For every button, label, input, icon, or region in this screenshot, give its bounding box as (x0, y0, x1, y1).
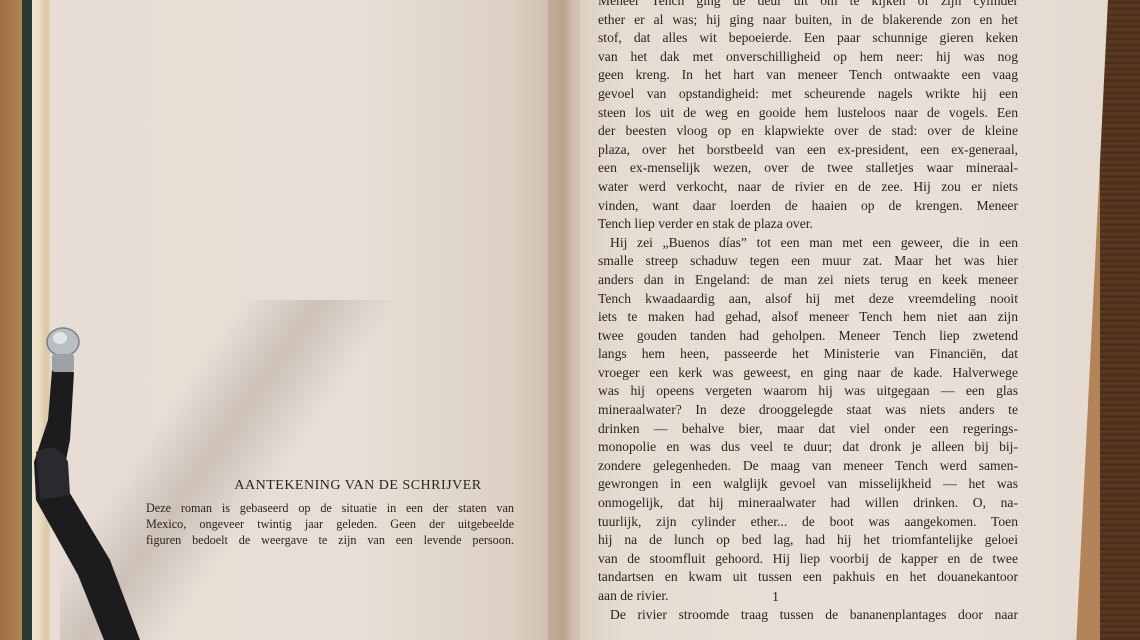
paragraph-start-line: De rivier stroomde traag tussen de banan… (598, 606, 1018, 625)
text-line: langs hem heen, passeerde het Ministerie… (598, 345, 1018, 364)
paragraph-start-line: Hij zei „Buenos días” tot een man met ee… (598, 234, 1018, 253)
text-line: Tench kwaadaardig aan, alsof hij met dez… (598, 290, 1018, 309)
text-line: gevoel van opstandigheid: met scheurende… (598, 85, 1018, 104)
note-line: Deze roman is gebaseerd op de situatie i… (146, 500, 514, 516)
text-line: hij na de lunch op bed lag, had hij het … (598, 531, 1018, 550)
text-line: zondere gelegenheden. De maag van meneer… (598, 457, 1018, 476)
text-line: der beesten vloog op en klapwiekte over … (598, 122, 1018, 141)
text-line: stof, dat alles wit bepoeierde. Een paar… (598, 29, 1018, 48)
text-line: Meneer Tench ging de deur uit om te kijk… (598, 0, 1018, 11)
text-line: aan de rivier. (598, 587, 1018, 606)
page-number: 1 (772, 590, 779, 606)
bookmark-shadow (60, 300, 440, 640)
text-line: ether er al was; hij ging naar buiten, i… (598, 11, 1018, 30)
text-line: onmogelijk, dat hij mineraalwater had wi… (598, 494, 1018, 513)
text-line: anders dan in Engeland: de man zei niets… (598, 271, 1018, 290)
text-line: vinden, want daar loerden de haaien op d… (598, 197, 1018, 216)
text-line: vroeger een kerk was geweest, en ging na… (598, 364, 1018, 383)
text-line: van het dak met onverschilligheid op hem… (598, 48, 1018, 67)
text-line: mineraalwater? In deze drooggelegde staa… (598, 401, 1018, 420)
text-line: iets te maken had gehad, alsof meneer Te… (598, 308, 1018, 327)
author-note-heading: AANTEKENING VAN DE SCHRIJVER (202, 478, 514, 494)
text-line: tandartsen en kwam uit tussen een pakhui… (598, 568, 1018, 587)
text-line: smalle streep schaduw tegen een muur zat… (598, 252, 1018, 271)
text-line: geen kreng. In het hart van meneer Tench… (598, 66, 1018, 85)
text-line: water werd verkocht, naar de rivier en d… (598, 178, 1018, 197)
text-line: Tench liep verder en stak de plaza over. (598, 215, 1018, 234)
text-line: monopolie en was dus veel te duur; dat d… (598, 438, 1018, 457)
author-note: AANTEKENING VAN DE SCHRIJVER Deze roman … (146, 478, 514, 548)
author-note-body: Deze roman is gebaseerd op de situatie i… (146, 500, 514, 548)
text-line: gewrongen in een walglijk gevoel van mis… (598, 475, 1018, 494)
text-line: was hij opeens vergeten waarom hij was u… (598, 382, 1018, 401)
wood-table-right (1100, 0, 1140, 640)
text-line: steen los uit de weg en gooide hem luste… (598, 104, 1018, 123)
chapter-text: Meneer Tench ging de deur uit om te kijk… (598, 0, 1018, 624)
text-line: tuurlijk, zijn cylinder ether... de boot… (598, 513, 1018, 532)
text-line: twee gouden tanden had geholpen. Meneer … (598, 327, 1018, 346)
text-line: van de stoomfluit gehoord. Hij liep voor… (598, 550, 1018, 569)
note-line: Mexico, ongeveer twintig jaar geleden. G… (146, 516, 514, 532)
book-cover-edge (22, 0, 32, 640)
text-line: drinken — behalve bier, maar dat viel on… (598, 420, 1018, 439)
text-line: plaza, over het borstbeeld van een ex-pr… (598, 141, 1018, 160)
text-line: een ex-menselijk wezen, over de twee sta… (598, 159, 1018, 178)
note-line: figuren bedoelt de weergave te zijn van … (146, 532, 514, 548)
